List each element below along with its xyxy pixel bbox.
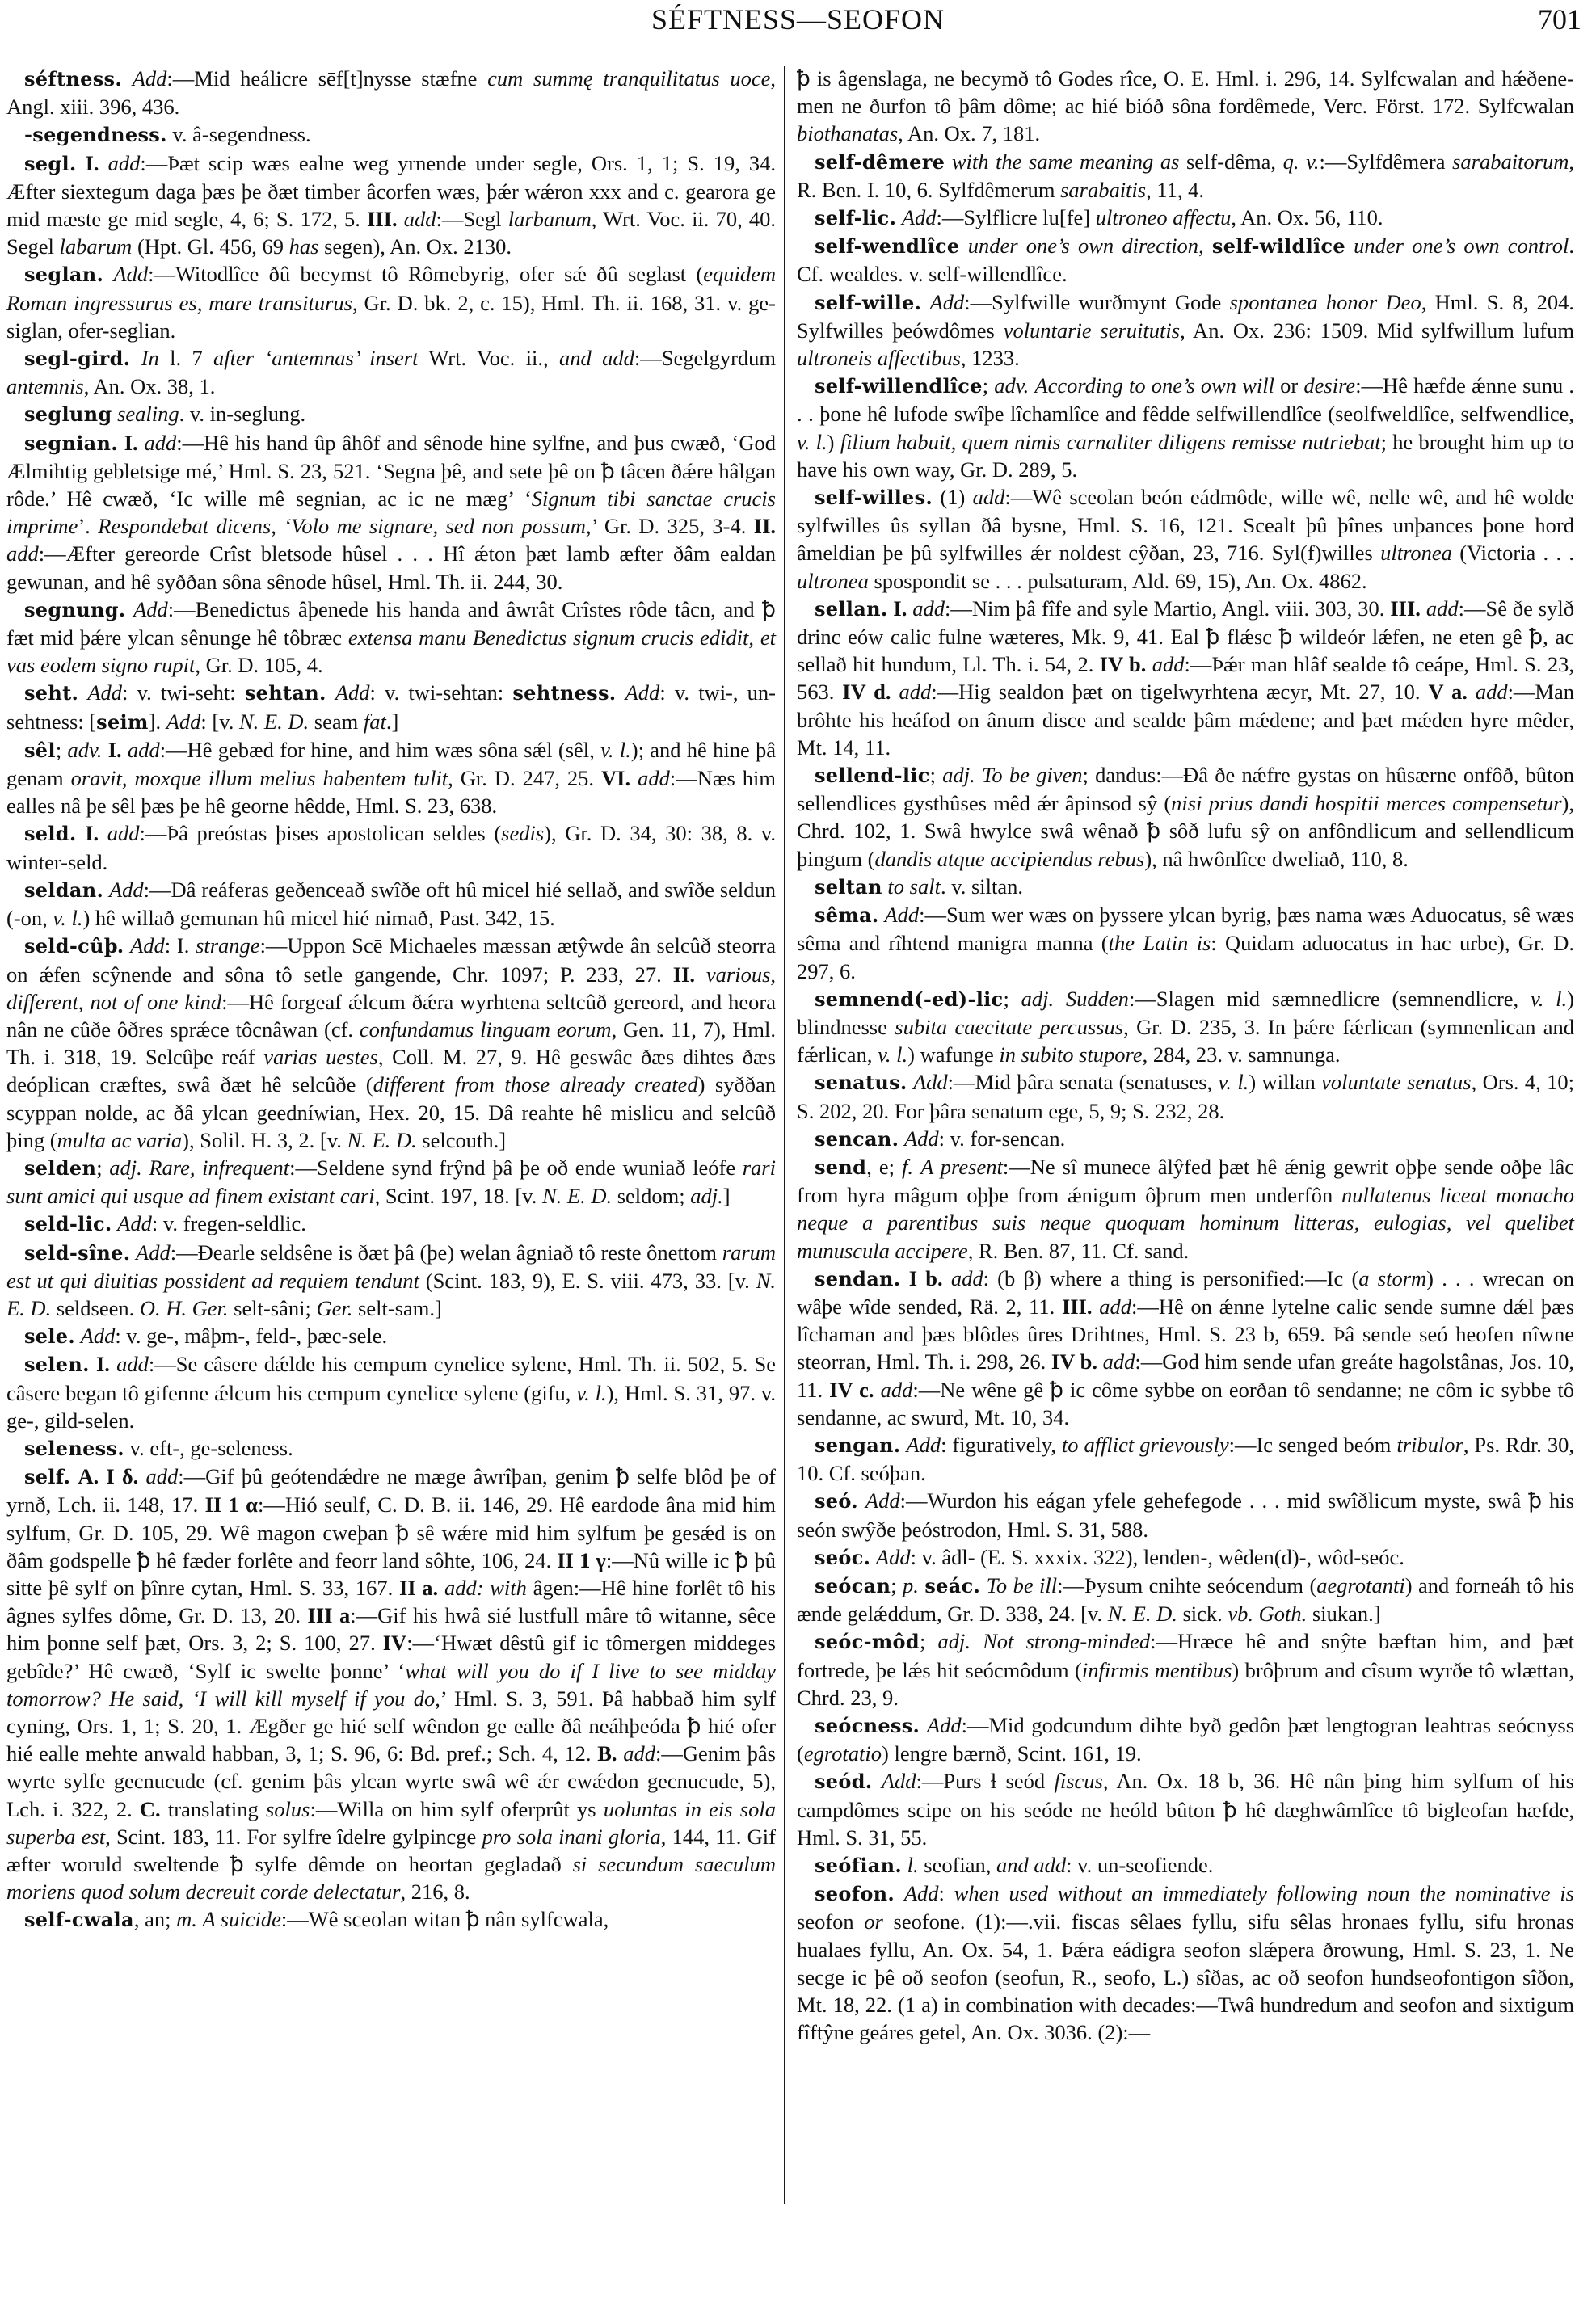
entry-text [1421,596,1426,621]
sense-marker: I. [124,431,138,455]
sense-marker: I. [96,1352,110,1376]
entry-text: segen), An. Ox. 2130. [318,234,511,259]
italic-text: nisi prius dandi hospitii merces compens… [1171,791,1561,815]
italic-text: add: with [444,1576,527,1600]
dictionary-entry: selen. I. add:—Se câsere dǽlde his cempu… [6,1350,776,1434]
dictionary-entry: seld-lic. Add: v. fregen-seldlic. [6,1210,776,1238]
entry-text: ; [96,1155,109,1180]
italic-text: after ‘antemnas’ insert [213,346,418,370]
entry-text: seofon [797,1909,864,1934]
dictionary-entry: selden; adj. Rare, infrequent:—Seldene s… [6,1154,776,1210]
entry-text: :—Witodlîce ðû becymst tô Rômebyrig, ofe… [148,262,703,286]
entry-text: , 11, 4. [1146,178,1204,202]
entry-text [1345,234,1354,258]
dictionary-entry: seglan. Add:—Witodlîce ðû becymst tô Rôm… [6,260,776,344]
entry-text [118,431,124,455]
italic-text: a storm [1358,1266,1426,1290]
dictionary-entry: self-willendlîce; adv. According to one’… [797,372,1574,483]
headword: selen. [24,1353,90,1376]
dictionary-entry: senatus. Add:—Mid þâra senata (senatuses… [797,1068,1574,1124]
entry-text: :—Willa on him sylf oferprût ys [310,1797,603,1821]
italic-text: infirmis mentibus [1082,1658,1232,1682]
headword: selden [24,1156,96,1180]
entry-text: ) willan [1249,1070,1321,1094]
italic-text: Add [130,933,165,958]
entry-text: :—Hê gebæd for hine, and him wæs sôna sǽ… [160,738,600,762]
italic-text: To be given [982,763,1082,787]
italic-text: add [912,596,945,621]
sense-marker: III. [1062,1294,1093,1319]
dictionary-entry: self-cwala, an; m. A suicide:—Wê sceolan… [6,1905,776,1934]
entry-text: ), nâ hwônlîce dweliað, 110, 8. [1144,847,1409,871]
entry-text: self-dêma, [1179,149,1282,174]
entry-text [980,1573,986,1597]
headword: seglan. [24,263,103,286]
entry-text: (Victoria . . . [1452,541,1574,565]
entry-text: :—Segelgyrdum [634,346,776,370]
italic-text: adj. [1021,987,1055,1011]
headword: seóc-môd [815,1630,920,1653]
italic-text: m. [176,1907,197,1931]
italic-text: v. l. [1219,1070,1249,1094]
dictionary-entry: seld-cûþ. Add: I. strange:—Uppon Scē Mic… [6,932,776,1154]
column-divider [784,66,785,2204]
sense-marker: IV b. [1051,1349,1097,1374]
entry-text [1253,1602,1259,1626]
entry-text: sick. [1177,1602,1228,1626]
italic-text: ultronea [1380,541,1452,565]
entry-text: :—Mid heálicre sēf[t]nysse stæfne [166,66,487,91]
dictionary-entry: seltan to salt. v. siltan. [797,873,1574,901]
italic-text: ultroneo affectu [1096,205,1232,229]
entry-text: :—Hig sealdon þæt on tigelwyrhtena æcyr,… [931,680,1428,704]
entry-text [130,346,141,370]
entry-text [902,1853,907,1877]
sense-marker: II. [754,514,776,538]
entry-text [77,151,86,175]
italic-text: Respondebat dicens, ‘Volo me signare, se… [98,514,591,538]
italic-text: To be ill [987,1573,1058,1597]
italic-text: add [108,151,141,175]
entry-text: ’ Gr. D. 325, 3-4. [592,514,754,538]
headword: seld-lic. [24,1212,112,1235]
dictionary-entry: self-dêmere with the same meaning as sel… [797,148,1574,204]
headword: segl. [24,152,77,175]
headword: seóc. [815,1546,870,1569]
entry-text [971,1629,983,1653]
italic-text: Add [117,1211,152,1235]
dictionary-entry: send, e; f. A present:—Ne sî munece âlŷf… [797,1153,1574,1265]
dictionary-entry: seglung sealing. v. in-seglung. [6,400,776,428]
dictionary-entry: sêma. Add:—Sum wer wæs on þyssere ylcan … [797,901,1574,985]
sense-marker: C. [140,1797,161,1821]
dictionary-entry: sele. Add: v. ge-, mâþm-, feld-, þæc-sel… [6,1322,776,1350]
italic-text: N. E. D. [1108,1602,1177,1626]
entry-text: selcouth.] [417,1128,506,1152]
italic-text: to afflict grievously [1062,1433,1229,1457]
italic-text: Add [865,1488,900,1513]
entry-text [122,738,128,762]
italic-text: v. l. [1531,987,1567,1011]
entry-text: , Gr. D. 247, 25. [448,766,601,790]
headword: seld. [24,822,77,845]
italic-text: fat [364,709,386,734]
sense-marker: I b. [909,1266,943,1290]
italic-text: sealing [117,402,179,426]
entry-text: :—Segl [436,207,508,231]
entry-text: , e; [866,1155,902,1179]
italic-text: and add [559,346,634,370]
left-column: séftness. Add:—Mid heálicre sēf[t]nysse … [6,65,776,1934]
italic-text: A present [920,1155,1003,1179]
entry-text: selt-sâni; [229,1296,317,1320]
italic-text: vb. [1228,1602,1253,1626]
entry-text: ꝥ is âgenslaga, ne becymð tô Godes rîce,… [797,66,1574,118]
dictionary-entry: seóc-môd; adj. Not strong-minded:—Hræce … [797,1627,1574,1711]
entry-text [110,1352,116,1376]
headword: seác. [924,1574,980,1597]
entry-text: , an; [134,1907,176,1931]
italic-text: Add [902,205,937,229]
italic-text: add [638,766,670,790]
italic-text: strange [196,933,260,958]
entry-text: :—Sylflicre lu[fe] [937,205,1096,229]
entry-text: : v. un-seofiende. [1066,1853,1213,1877]
dictionary-entry: seleness. v. eft-, ge-seleness. [6,1434,776,1463]
headword: sengan. [815,1433,900,1457]
entry-text: ) [827,430,840,454]
italic-text: under one’s own control [1354,234,1569,258]
entry-text: , An. Ox. 236: 1509. Mid sylfwillum lufu… [1180,318,1574,343]
sense-marker: II a. [399,1576,438,1600]
italic-text: add [145,1464,178,1488]
headword: self-willes. [815,486,933,509]
italic-text: antemnis [6,374,84,398]
entry-text: . v. in-seglung. [179,402,306,426]
entry-text [900,1266,908,1290]
italic-text: sarabaitis [1060,178,1146,202]
entry-text: : v. for-sencan. [939,1126,1066,1151]
headword: seltan [815,875,882,899]
italic-text: add [116,1352,149,1376]
entry-text: , An. Ox. 56, 110. [1231,205,1383,229]
entry-text [77,821,86,845]
entry-text [616,680,625,705]
italic-text: to salt [887,874,941,899]
italic-text: Add [884,903,919,927]
headword: seld-cûþ. [24,934,124,958]
italic-text: labarum [60,234,133,259]
italic-text: Add [625,680,660,705]
headword: seód. [815,1770,872,1793]
italic-text: voluntarie seruitutis [1004,318,1180,343]
italic-text: Add [87,680,122,705]
entry-text: ; [920,1629,938,1653]
dictionary-entry: segnian. I. add:—Hê his hand ûp âhôf and… [6,429,776,596]
entry-text: l. 7 [159,346,213,370]
italic-text: has [289,234,319,259]
dictionary-entry: seht. Add: v. twi-seht: sehtan. Add: v. … [6,679,776,735]
headword: seó. [815,1489,858,1513]
sense-marker: B. [597,1741,617,1766]
headword: self-willendlîce [815,374,983,398]
entry-text: ] [723,1184,731,1208]
entry-text [1146,652,1152,676]
headword: seldan. [24,878,103,902]
entry-text: :—Þysum cnihte seócendum ( [1057,1573,1316,1597]
entry-text: :—Sylfdêmera [1319,149,1452,174]
headword: sêl [24,739,56,762]
entry-text [858,1488,865,1513]
entry-text [695,962,706,987]
sense-marker: II. [673,962,695,987]
headword: sencan. [815,1127,899,1151]
italic-text: subita caecitate percussus [895,1015,1123,1039]
dictionary-entry: seld-sîne. Add:—Ðearle seldsêne is ðæt þ… [6,1239,776,1323]
italic-text: Add [913,1070,948,1094]
italic-text: different from those already created [373,1072,698,1097]
dictionary-entry: seócness. Add:—Mid godcundum dihte byð g… [797,1711,1574,1767]
entry-text: , An. Ox. 38, 1. [84,374,216,398]
dictionary-entry: sellend-lic; adj. To be given; dandus:—Ð… [797,761,1574,873]
entry-text: :—Æfter gereorde Crîst bletsode hûsel . … [6,541,776,593]
entry-text [874,1378,881,1402]
entry-text [913,1155,920,1179]
entry-text: v. â-segendness. [167,122,311,146]
dictionary-entry: seld. I. add:—Þâ preóstas þises apostoli… [6,819,776,875]
dictionary-entry: seófian. l. seofian, and add: v. un-seof… [797,1851,1574,1880]
entry-text: .] [386,709,398,734]
entry-text: :—Nim þâ fîfe and syle Martio, Angl. vii… [945,596,1390,621]
italic-text: f. [902,1155,913,1179]
dictionary-entry: seóc. Add: v. âdl- (E. S. xxxix. 322), l… [797,1543,1574,1572]
headword: seglung [24,402,112,426]
italic-text: add [623,1741,655,1766]
italic-text: add [1426,596,1459,621]
entry-text [124,933,130,958]
italic-text: tribulor [1396,1433,1463,1457]
entry-text [1097,1349,1103,1374]
headword: seleness. [24,1437,124,1460]
italic-text: v. l. [797,430,827,454]
entry-text: (1) [933,485,973,509]
dictionary-entry: segnung. Add:—Benedictus âþenede his han… [6,596,776,680]
italic-text: fiscus [1055,1769,1103,1793]
italic-text: add [128,738,160,762]
sense-marker: III. [1390,596,1421,621]
italic-text: or [864,1909,883,1934]
entry-text: : v. fregen-seldlic. [152,1211,306,1235]
entry-text [103,262,113,286]
italic-text: p. [903,1573,919,1597]
entry-text: . v. siltan. [941,874,1023,899]
italic-text: Add [876,1545,911,1569]
headword: self. [24,1465,70,1488]
sense-marker: I. [85,821,99,845]
italic-text: Add [335,680,370,705]
entry-text [920,1713,927,1737]
entry-text: v. eft-, ge-seleness. [124,1436,293,1460]
italic-text: add [899,680,931,704]
italic-text: add [145,431,177,455]
dictionary-entry: -segendness. v. â-segendness. [6,120,776,149]
italic-text: Not strong-minded [983,1629,1150,1653]
entry-text [907,1070,913,1094]
headword: sele. [24,1324,75,1348]
entry-text [960,234,968,258]
entry-text [975,763,982,787]
entry-text [1468,680,1476,704]
sense-marker: II 1 γ [557,1548,606,1572]
entry-text: : v. âdl- (E. S. xxxix. 322), lenden-, w… [911,1545,1404,1569]
entry-text: ), Solil. H. 3, 2. [v. [182,1128,347,1152]
headword: sellan. [815,597,887,621]
italic-text: N. E. D. [239,709,309,734]
entry-text [945,149,952,174]
entry-text: ; [983,373,995,398]
italic-text: A suicide [202,1907,280,1931]
entry-text [921,290,929,314]
italic-text: add [107,821,140,845]
dictionary-entry: ꝥ is âgenslaga, ne becymð tô Godes rîce,… [797,65,1574,148]
headword: semnend(-ed)-lic [815,987,1003,1011]
italic-text: add [1099,1294,1131,1319]
italic-text: the Latin is [1109,931,1211,955]
italic-text: add [6,541,39,566]
sense-marker: IV b. [1100,652,1147,676]
sense-marker: II 1 α [205,1492,258,1517]
italic-text: q. v. [1283,149,1320,174]
italic-text: add [951,1266,983,1290]
italic-text: v. l. [878,1042,907,1067]
italic-text: with the same meaning as [952,149,1180,174]
entry-text: , R. Ben. 87, 11. Cf. sand. [968,1239,1190,1263]
entry-text: : v. twi-seht: [122,680,245,705]
entry-text [99,821,107,845]
headword: self-wendlîce [815,234,960,258]
headword: sêma. [815,903,879,927]
italic-text: Add [930,290,965,314]
italic-text: Ger. [316,1296,352,1320]
page-number: 701 [1538,3,1581,36]
italic-text: add [1152,652,1185,676]
italic-text: larbanum [508,207,592,231]
entry-text: : v. twi-sehtan: [370,680,513,705]
entry-text [630,766,638,790]
sense-marker: I. [86,151,99,175]
italic-text: ultroneis affectibus [797,346,961,370]
entry-text: , Gr. D. 105, 4. [195,653,322,677]
italic-text: Goth. [1259,1602,1308,1626]
headword: senatus. [815,1071,907,1094]
headword: self-wille. [815,291,921,314]
headword: segl-gird. [24,347,130,370]
entry-text: ; [56,738,68,762]
entry-text: :—Seldene synd frŷnd þâ þe oð ende wunia… [289,1155,743,1180]
dictionary-entry: sêl; adv. I. add:—Hê gebæd for hine, and… [6,736,776,820]
entry-text [896,205,902,229]
italic-text: According to one’s own will [1034,373,1274,398]
italic-text: Add [109,878,144,902]
dictionary-entry: seofon. Add: when used without an immedi… [797,1880,1574,2046]
italic-text: adv. [67,738,102,762]
entry-text: :—Purs ɫ seód [916,1769,1054,1793]
sense-marker: V a. [1428,680,1467,704]
dictionary-entry: self-willes. (1) add:—Wê sceolan beón eá… [797,483,1574,595]
sense-marker: III a [308,1603,351,1627]
sense-marker: VI. [601,766,630,790]
italic-text: dandis atque accipiendus rebus [874,847,1144,871]
italic-text: add [404,207,436,231]
entry-text: :—Wurdon his eágan yfele gehefegode . . … [797,1488,1574,1541]
italic-text: Rare, infrequent [149,1155,289,1180]
page-header: SÉFTNESS—SEOFON 701 [0,0,1596,48]
italic-text: cum summę tranquilitatus uoce [487,66,770,91]
dictionary-entry: segl-gird. In l. 7 after ‘antemnas’ inse… [6,344,776,400]
entry-text: selt-sam.] [352,1296,441,1320]
entry-text: ; [930,763,943,787]
italic-text: add [1103,1349,1135,1374]
italic-text: adj. [109,1155,142,1180]
entry-text [872,1769,881,1793]
dictionary-entry: seód. Add:—Purs ɫ seód fiscus, An. Ox. 1… [797,1767,1574,1851]
italic-text: sarabaitorum [1452,149,1569,174]
dictionary-entry: self. A. I δ. add:—Gif þû geótendǽdre ne… [6,1463,776,1905]
entry-text [103,878,109,902]
entry-text [125,597,133,621]
headword: seofon. [815,1882,895,1905]
sense-marker: I. [108,738,122,762]
italic-text: adj. [942,763,975,787]
italic-text: add [1476,680,1508,704]
italic-text: sedis [501,821,544,845]
dictionary-entry: self-wille. Add:—Sylfwille wurðmynt Gode… [797,288,1574,373]
italic-text: Add [133,597,168,621]
entry-text: :—Þâ preóstas þises apostolican seldes ( [140,821,502,845]
entry-text [899,1126,904,1151]
dictionary-entry: séftness. Add:—Mid heálicre sēf[t]nysse … [6,65,776,120]
entry-text [138,431,145,455]
entry-text: , [1198,234,1212,258]
running-head: SÉFTNESS—SEOFON [0,3,1596,36]
headword: seófian. [815,1854,902,1877]
italic-text: multa ac varia [57,1128,183,1152]
headword: segnung. [24,598,125,621]
headword: seht. [24,681,78,705]
headword: self-cwala [24,1908,134,1931]
entry-text: (Hpt. Gl. 456, 69 [132,234,288,259]
headword: send [815,1155,866,1179]
italic-text: confundamus linguam eorum [360,1017,612,1042]
entry-text: : (b β) where a thing is personified:—Ic… [983,1266,1359,1290]
entry-text: , Scint. 197, 18. [v. [375,1184,542,1208]
entry-text [75,1324,81,1348]
italic-text: N. E. D. [542,1184,612,1208]
italic-text: desire [1303,373,1355,398]
entry-text: : [v. [200,709,239,734]
headword: seócness. [815,1714,920,1737]
entry-text [102,738,107,762]
headword: -segendness. [24,123,167,146]
entry-text: : I. [165,933,196,958]
entry-text: ) hê willað gemunan hû micel hié nimað, … [82,906,554,930]
italic-text: aegrotanti [1316,1573,1404,1597]
entry-text: , An. Ox. 7, 181. [898,121,1040,145]
headword: seócan [815,1574,891,1597]
sense-marker: IV d. [842,680,891,704]
entry-text: ’. [78,514,98,538]
entry-text: :—Ðearle seldsêne is ðæt þâ (þe) welan â… [171,1240,722,1265]
